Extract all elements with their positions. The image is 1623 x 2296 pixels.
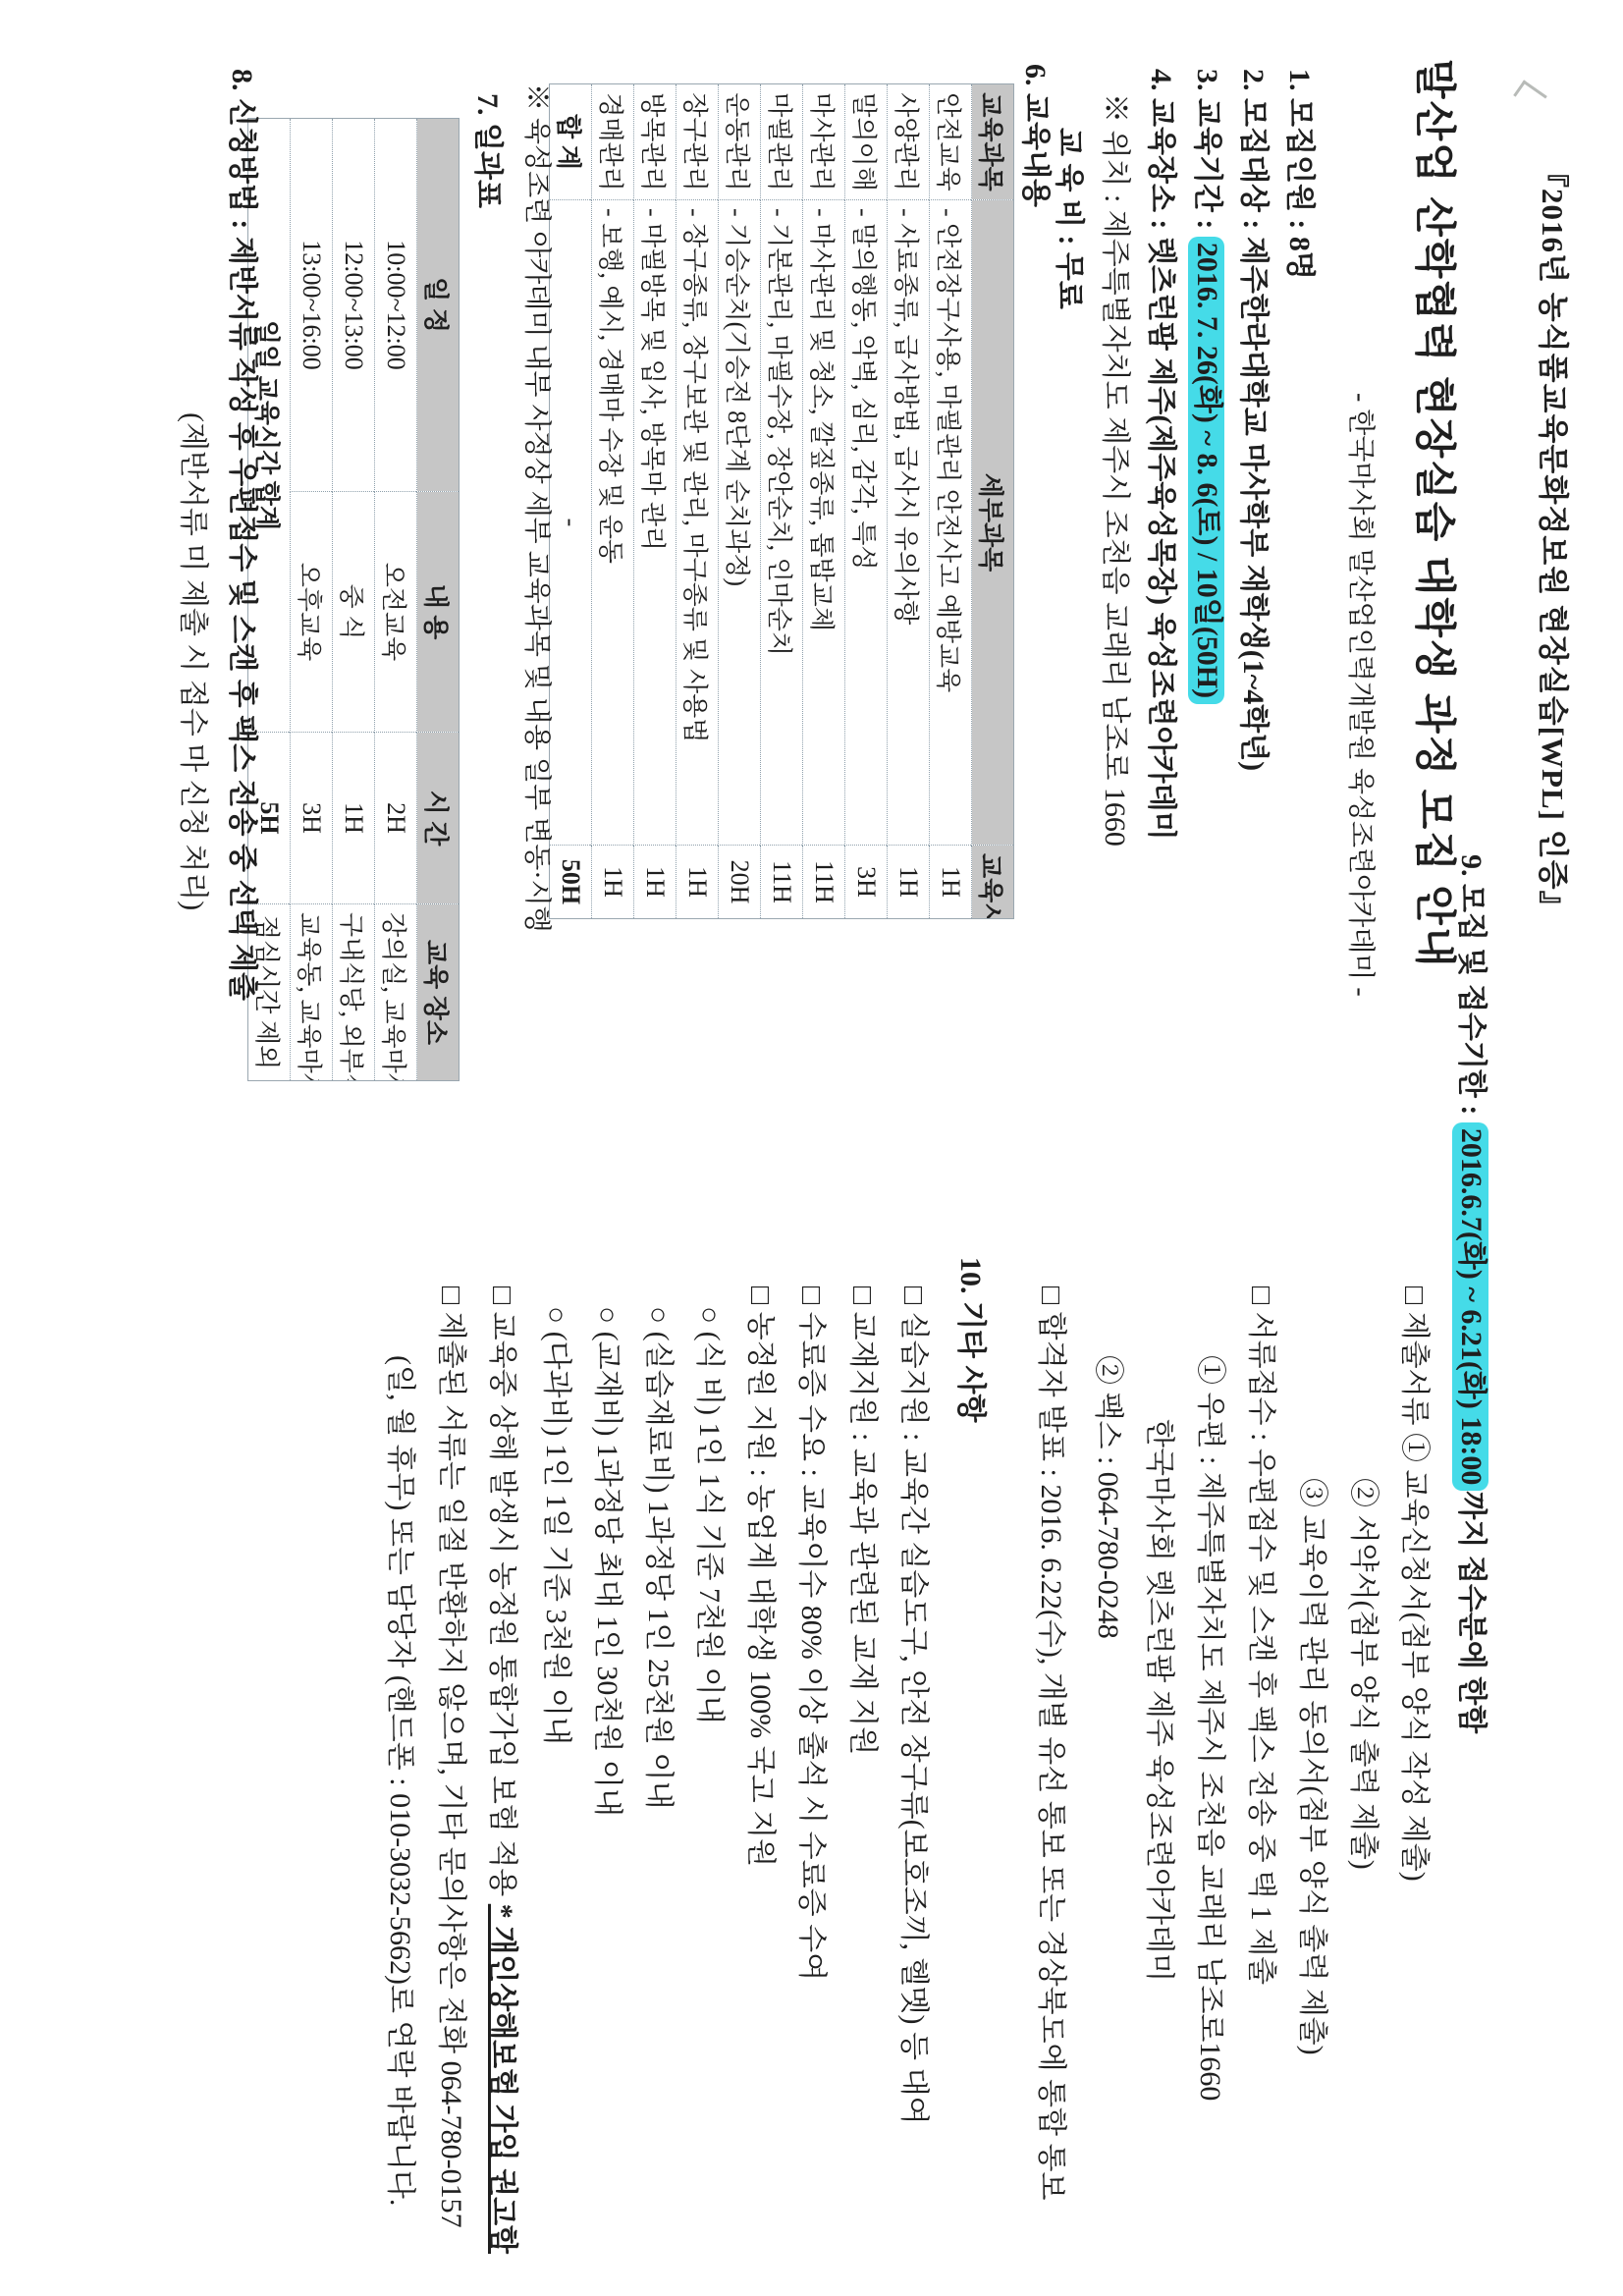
section-10: 10. 기타 사항 xyxy=(953,1257,987,1422)
section-3-label: 3. 교육기간 : xyxy=(1191,69,1223,237)
item-certificate: □ 수료증 수요 : 교육이수 80% 이상 출석 시 수료증 수여 xyxy=(794,1286,828,1981)
table-row: 마사관리- 마사관리 및 청소, 깔짚종류, 톱밥교체11H xyxy=(803,84,845,919)
item-refreshment-cost: ○ (다과비) 1인 1일 기준 3천원 이내 xyxy=(539,1306,572,1745)
cell: 경매관리 xyxy=(592,84,634,200)
cell: 방목관리 xyxy=(634,84,676,200)
cell: 11H xyxy=(803,846,845,919)
cell: - 보행, 예시, 경매마 수장 및 운동 xyxy=(592,200,634,846)
table-row: 운동관리- 기승순치(기승전 8단계 순치과정)20H xyxy=(719,84,761,919)
table-header-row: 일 정 내 용 시 간 교육 장소 xyxy=(417,119,460,1081)
item-material-cost: ○ (실습재료비) 1과정당 1인 25천원 이내 xyxy=(641,1306,675,1809)
cell: 11H xyxy=(761,846,803,919)
cell: - 안전장구사용, 마필관리 안전사고 예방교육 xyxy=(930,200,972,846)
cell: 합 계 xyxy=(550,84,592,200)
section-7: 7. 일과표 xyxy=(470,93,504,208)
cell: - 말의행동, 악벽, 심리, 감각, 특성 xyxy=(845,200,888,846)
scanned-document: 『2016년 농식품교육문화정보원 현장실습[WPL] 인증』 말산업 산학협력… xyxy=(0,0,1623,2296)
insurance-recommend: * 개인상해보험 가입 권고함 xyxy=(486,1904,518,2254)
col-duration: 시 간 xyxy=(417,733,460,904)
section-9-tail: 까지 접수분에 한함 xyxy=(1455,1491,1488,1733)
cell: - 기본관리, 마필수장, 장안순치, 인마순치 xyxy=(761,200,803,846)
cell: - xyxy=(550,200,592,846)
section-8-note: (제반서류 미 제출 시 접수 마 신청 처리) xyxy=(176,412,209,910)
rotated-page: 『2016년 농식품교육문화정보원 현장실습[WPL] 인증』 말산업 산학협력… xyxy=(0,0,1623,2296)
cell: 50H xyxy=(550,846,592,919)
cell: 마사관리 xyxy=(803,84,845,200)
section-6: 6. 교육내용 xyxy=(1018,64,1052,207)
table-row: 마필관리- 기본관리, 마필수장, 장안순치, 인마순치11H xyxy=(761,84,803,919)
cell: 1H xyxy=(676,846,719,919)
page-title: 말산업 산학협력 현장실습 대학생 과정 모집 안내 xyxy=(1417,59,1450,968)
mail-address-line: ① 우편 : 제주특별자치도 제주시 조천읍 교래리 남조로1660 xyxy=(1193,1355,1226,2101)
page-subtitle: - 한국마사회 말산업인력개발원 육성조련아카데미 - xyxy=(1343,393,1377,997)
title-tag: 『2016년 농식품교육문화정보원 현장실습[WPL] 인증』 xyxy=(1536,157,1569,922)
table-row: 10:00~12:00오전교육2H강의실, 교육마사 xyxy=(375,119,417,1081)
item-agency-support: □ 농정원 지원 : 농업계 대학생 100% 국고 지원 xyxy=(743,1286,777,1867)
item-textbook-cost: ○ (교재비) 1과정당 최대 1인 30천원 이내 xyxy=(590,1306,623,1817)
cell: 10:00~12:00 xyxy=(375,119,417,492)
section-5-fee: 교 육 비 : 무료 xyxy=(1052,128,1085,309)
cell: 1H xyxy=(634,846,676,919)
section-8: 8. 신청방법 : 제반서류 작성 후 우편접수 및 스캔 후 팩스 전송 중 … xyxy=(225,69,258,1001)
item-textbook-support: □ 교재지원 : 교육과 관련된 교재 지원 xyxy=(845,1286,879,1755)
cell: 3H xyxy=(845,846,888,919)
section-9: 9. 모집 및 접수기한 : 2016.6.7(화) ~ 6.21(화) 18:… xyxy=(1454,854,1488,1733)
col-hours: 교육시간 xyxy=(972,846,1014,919)
col-time-slot: 일 정 xyxy=(417,119,460,492)
cell: - 마필방목 및 입사, 방목마 관리 xyxy=(634,200,676,846)
table-row: 12:00~13:00중 식1H구내식당, 외부식당 xyxy=(333,119,375,1081)
item-insurance: □ 교육중 상해 발생시 농정원 통합가입 보험 적용 * 개인상해보험 가입 … xyxy=(485,1286,518,2254)
cell: 13:00~16:00 xyxy=(291,119,333,492)
cell: - 사료종류, 급사방법, 급사시 유의사항 xyxy=(888,200,930,846)
schedule-table: 일 정 내 용 시 간 교육 장소 10:00~12:00오전교육2H강의실, … xyxy=(247,118,460,1081)
announce-line: □ 합격자 발표 : 2016. 6.22(수), 개별 유선 통보 또는 경상… xyxy=(1034,1286,1067,2200)
section-4: 4. 교육장소 : 렛츠런팜 제주(제주육성목장) 육성조련아카데미 xyxy=(1144,69,1177,841)
cell: 강의실, 교육마사 xyxy=(375,904,417,1081)
fax-line: ② 팩스 : 064-780-0248 xyxy=(1091,1355,1124,1639)
table-row: 안전교육- 안전장구사용, 마필관리 안전사고 예방교육1H xyxy=(930,84,972,919)
col-subject: 교육과목 xyxy=(972,84,1014,200)
section-4-location: ※ 위치 : 제주특별자치도 제주시 조천읍 교래리 남조로 1660 xyxy=(1098,93,1131,847)
item-meal-cost: ○ (식 비) 1인 1식 기준 7천원 이내 xyxy=(692,1306,726,1723)
col-detail: 세부과목 xyxy=(972,200,1014,846)
cell: 오후교육 xyxy=(291,492,333,733)
table-row: 경매관리- 보행, 예시, 경매마 수장 및 운동1H xyxy=(592,84,634,919)
cell: 구내식당, 외부식당 xyxy=(333,904,375,1081)
cell: 장구관리 xyxy=(676,84,719,200)
cell: 3H xyxy=(291,733,333,904)
section-3: 3. 교육기간 : 2016. 7. 26(화) ~ 8. 6(토) / 10일… xyxy=(1190,69,1223,704)
submit-docs-line: □ 제출서류 ① 교육신청서(첨부 양식 작성 제출) xyxy=(1397,1286,1431,1882)
cell: 1H xyxy=(333,733,375,904)
section-1: 1. 모집인원 : 8명 xyxy=(1282,69,1316,280)
cell: - 마사관리 및 청소, 깔짚종류, 톱밥교체 xyxy=(803,200,845,846)
section-3-highlight: 2016. 7. 26(화) ~ 8. 6(토) / 10일(50H) xyxy=(1188,237,1224,704)
item-contact: (일, 월 휴무) 또는 담당자 (핸드폰 : 010-3032-5662)로 … xyxy=(383,1355,416,2206)
cell: 중 식 xyxy=(333,492,375,733)
table-row: 13:00~16:00오후교육3H교육동, 교육마사 xyxy=(291,119,333,1081)
cell: 1H xyxy=(888,846,930,919)
cell: 마필관리 xyxy=(761,84,803,200)
table-row: 사양관리- 사료종류, 급사방법, 급사시 유의사항1H xyxy=(888,84,930,919)
item-practice-support: □ 실습지원 : 교육간 실습도구, 안전 장구류(보호조끼, 헬멧) 등 대여 xyxy=(896,1286,930,2124)
submit-docs-line2: ② 서약서(첨부 양식 출력 제출) xyxy=(1346,1478,1380,1870)
cell: 2H xyxy=(375,733,417,904)
cell: 안전교육 xyxy=(930,84,972,200)
insurance-text: □ 교육중 상해 발생시 농정원 통합가입 보험 적용 xyxy=(486,1286,518,1904)
cell: 오전교육 xyxy=(375,492,417,733)
cell: 1H xyxy=(592,846,634,919)
cell: 사양관리 xyxy=(888,84,930,200)
cell: 20H xyxy=(719,846,761,919)
section-2: 2. 모집대상 : 제주한라대학교 마사학부 재학생(1~4학년) xyxy=(1236,69,1270,771)
receipt-line: □ 서류접수 : 우편접수 및 스캔 후 팩스 전송 중 택 1 제출 xyxy=(1244,1286,1277,1985)
table-row: 장구관리- 장구종류, 장구보관 및 관리, 마구종류 및 사용법1H xyxy=(676,84,719,919)
section-9-highlight: 2016.6.7(화) ~ 6.21(화) 18:00 xyxy=(1452,1122,1488,1492)
cell: - 기승순치(기승전 8단계 순치과정) xyxy=(719,200,761,846)
col-place: 교육 장소 xyxy=(417,904,460,1081)
table-row: 말의이해- 말의행동, 악벽, 심리, 감각, 특성3H xyxy=(845,84,888,919)
curriculum-note: ※ 육성조련 아카데미 내부 사정상 세부 교육과목 및 내용 일부 변동·시행 xyxy=(519,83,553,933)
cell: 1H xyxy=(930,846,972,919)
cell: 12:00~13:00 xyxy=(333,119,375,492)
curriculum-table: 교육과목 세부과목 교육시간 안전교육- 안전장구사용, 마필관리 안전사고 예… xyxy=(549,83,1014,919)
item-no-return: □ 제출된 서류는 일절 반환하지 않으며, 기타 문의사항은 전화 064-7… xyxy=(434,1286,467,2228)
table-header-row: 교육과목 세부과목 교육시간 xyxy=(972,84,1014,919)
section-9-label: 9. 모집 및 접수기한 : xyxy=(1455,854,1488,1122)
cell: - 장구종류, 장구보관 및 관리, 마구종류 및 사용법 xyxy=(676,200,719,846)
col-content: 내 용 xyxy=(417,492,460,733)
cell: 운동관리 xyxy=(719,84,761,200)
cell: 교육동, 교육마사 xyxy=(291,904,333,1081)
mail-address-line2: 한국마사회 렛츠런팜 제주 육성조련아카데미 xyxy=(1142,1419,1175,1982)
cell: 말의이해 xyxy=(845,84,888,200)
table-total-row: 합 계-50H xyxy=(550,84,592,919)
table-row: 방목관리- 마필방목 및 입사, 방목마 관리1H xyxy=(634,84,676,919)
staple-mark-icon xyxy=(1513,80,1547,111)
submit-docs-line3: ③ 교육이력 관리 동의서(첨부 양식 출력 제출) xyxy=(1295,1478,1328,2055)
